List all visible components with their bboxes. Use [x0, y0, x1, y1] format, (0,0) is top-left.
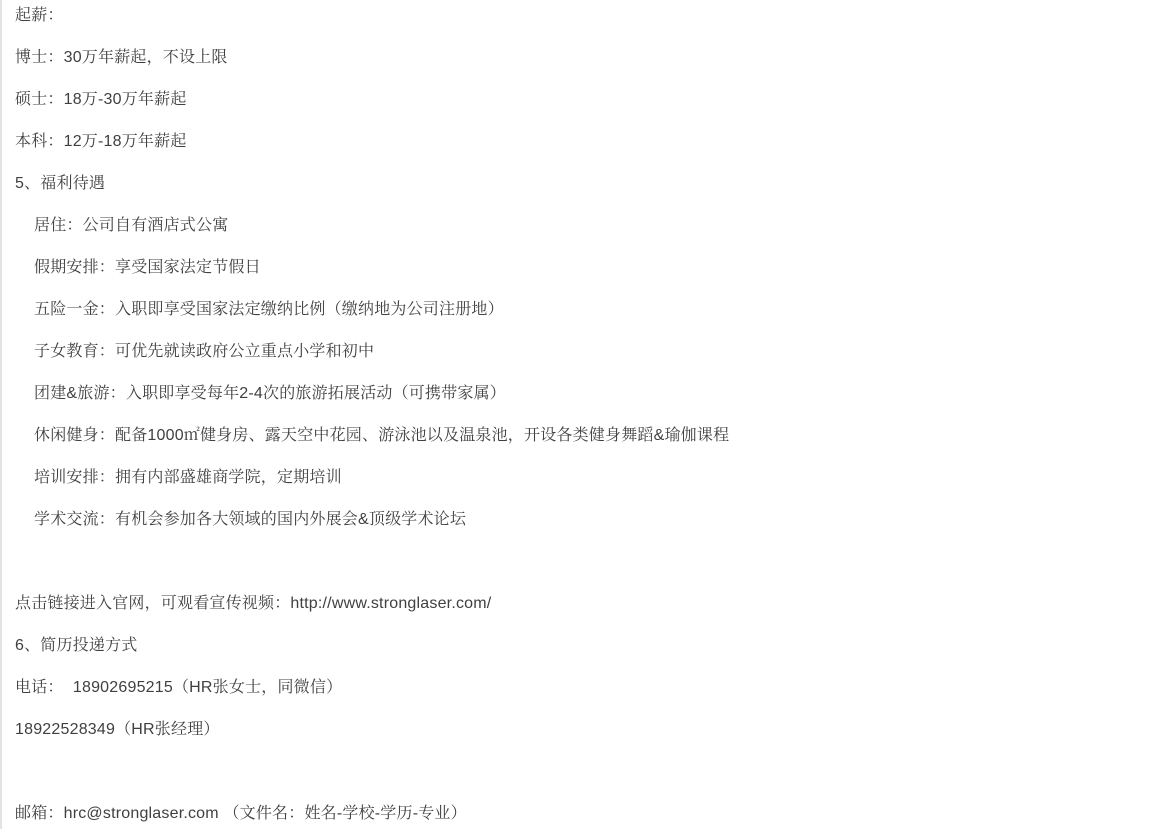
training-benefit-line: 培训安排：拥有内部盛雄商学院，定期培训	[15, 470, 1151, 486]
phone-line-2: 18922528349（HR张经理）	[15, 722, 1151, 738]
housing-benefit-line: 居住：公司自有酒店式公寓	[15, 218, 1151, 234]
website-link-line: 点击链接进入官网，可观看宣传视频：http://www.stronglaser.…	[15, 596, 1151, 612]
job-posting-document: 起薪： 博士：30万年薪起，不设上限 硕士：18万-30万年薪起 本科：12万-…	[0, 0, 1171, 829]
phone-line: 电话： 18902695215（HR张女士，同微信）	[15, 680, 1151, 696]
phd-salary-line: 博士：30万年薪起，不设上限	[15, 50, 1151, 66]
salary-intro-line: 起薪：	[15, 8, 1151, 24]
team-building-benefit-line: 团建&旅游：入职即享受每年2-4次的旅游拓展活动（可携带家属）	[15, 386, 1151, 402]
holiday-benefit-line: 假期安排：享受国家法定节假日	[15, 260, 1151, 276]
insurance-benefit-line: 五险一金：入职即享受国家法定缴纳比例（缴纳地为公司注册地）	[15, 302, 1151, 318]
bachelor-salary-line: 本科：12万-18万年薪起	[15, 134, 1151, 150]
master-salary-line: 硕士：18万-30万年薪起	[15, 92, 1151, 108]
resume-section-heading: 6、简历投递方式	[15, 638, 1151, 654]
blank-line	[15, 554, 1151, 570]
welfare-section-heading: 5、福利待遇	[15, 176, 1151, 192]
email-line: 邮箱：hrc@stronglaser.com （文件名：姓名-学校-学历-专业）	[15, 806, 1151, 822]
academic-exchange-benefit-line: 学术交流：有机会参加各大领域的国内外展会&顶级学术论坛	[15, 512, 1151, 528]
children-education-benefit-line: 子女教育：可优先就读政府公立重点小学和初中	[15, 344, 1151, 360]
blank-line-2	[15, 764, 1151, 780]
fitness-benefit-line: 休闲健身：配备1000㎡健身房、露天空中花园、游泳池以及温泉池，开设各类健身舞蹈…	[15, 428, 1151, 444]
